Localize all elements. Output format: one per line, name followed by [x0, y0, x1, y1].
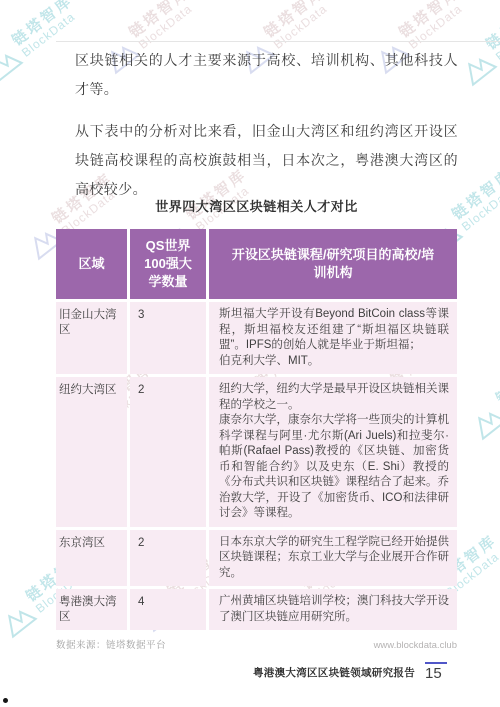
table-header-region: 区域	[56, 229, 127, 299]
table-source-row: 数据来源：链塔数据平台 www.blockdata.club	[56, 637, 457, 651]
table-header-qs: QS世界100强大学数量	[130, 229, 206, 299]
region-cell: 纽约大湾区	[56, 377, 127, 527]
body-text: 区块链相关的人才主要来源于高校、培训机构、其他科技人才等。 从下表中的分析对比来…	[75, 46, 458, 217]
report-title: 粤港澳大湾区区块链领域研究报告	[253, 665, 415, 682]
qs-count-cell: 2	[130, 530, 206, 587]
paragraph: 区块链相关的人才主要来源于高校、培训机构、其他科技人才等。	[75, 46, 458, 104]
table-title: 世界四大湾区区块链相关人才对比	[56, 196, 457, 215]
header-divider-line	[56, 41, 500, 42]
table-row: 粤港澳大湾区 4 广州黄埔区块链培训学校；澳门科技大学开设了澳门区块链应用研究所…	[56, 589, 457, 630]
detail-cell: 日本东京大学的研究生工程学院已经开始提供区块链课程；东京工业大学与企业展开合作研…	[209, 530, 457, 587]
source-url-link[interactable]: www.blockdata.club	[374, 640, 457, 651]
table-row: 纽约大湾区 2 纽约大学，纽约大学是最早开设区块链相关课程的学校之一。 康奈尔大…	[56, 377, 457, 527]
detail-cell: 斯坦福大学开设有Beyond BitCoin class等课程，斯坦福校友还组建…	[209, 302, 457, 374]
region-cell: 东京湾区	[56, 530, 127, 587]
table-header-detail: 开设区块链课程/研究项目的高校/培训机构	[209, 229, 457, 299]
qs-count-cell: 2	[130, 377, 206, 527]
page-number-block: 15	[425, 662, 447, 683]
page-footer: 粤港澳大湾区区块链领域研究报告 15	[253, 662, 447, 683]
qs-count-cell: 3	[130, 302, 206, 374]
table-row: 东京湾区 2 日本东京大学的研究生工程学院已经开始提供区块链课程；东京工业大学与…	[56, 530, 457, 587]
detail-cell: 广州黄埔区块链培训学校；澳门科技大学开设了澳门区块链应用研究所。	[209, 589, 457, 630]
paragraph: 从下表中的分析对比来看，旧金山大湾区和纽约湾区开设区块链高校课程的高校旗鼓相当，…	[75, 117, 458, 204]
region-cell: 粤港澳大湾区	[56, 589, 127, 630]
detail-cell: 纽约大学，纽约大学是最早开设区块链相关课程的学校之一。 康奈尔大学，康奈尔大学将…	[209, 377, 457, 527]
report-page: 链塔智库BlockData链塔智库BlockData链塔智库BlockData链…	[0, 0, 500, 707]
talent-comparison-table: 世界四大湾区区块链相关人才对比 区域 QS世界100强大学数量 开设区块链课程/…	[56, 196, 457, 651]
table-header-row: 区域 QS世界100强大学数量 开设区块链课程/研究项目的高校/培训机构	[56, 229, 457, 299]
qs-count-cell: 4	[130, 589, 206, 630]
corner-dot	[3, 698, 8, 703]
region-cell: 旧金山大湾区	[56, 302, 127, 374]
page-number: 15	[425, 666, 442, 683]
data-source-label: 数据来源：链塔数据平台	[56, 637, 166, 651]
page-number-accent-line	[425, 662, 447, 664]
table-row: 旧金山大湾区 3 斯坦福大学开设有Beyond BitCoin class等课程…	[56, 302, 457, 374]
